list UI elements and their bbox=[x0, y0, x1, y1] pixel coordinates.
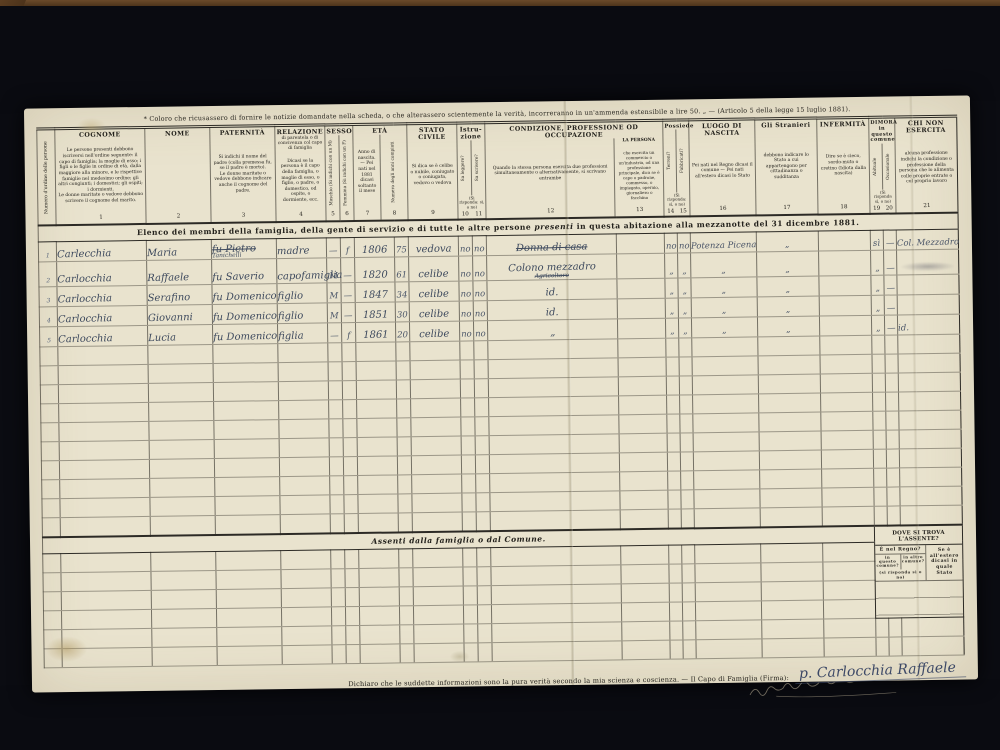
empty-cell bbox=[279, 438, 329, 458]
empty-cell bbox=[413, 548, 463, 568]
empty-cell bbox=[280, 514, 330, 534]
empty-cell bbox=[61, 590, 151, 610]
dove-regno-cell: È nel Regno? in questo comune? in altro … bbox=[875, 545, 927, 581]
empty-cell bbox=[680, 414, 693, 433]
cell-anni-compiuti: 61 bbox=[395, 257, 409, 282]
empty-cell bbox=[760, 488, 822, 508]
empty-cell bbox=[332, 644, 346, 663]
empty-cell bbox=[873, 430, 886, 449]
cell-terreni: „ bbox=[665, 318, 678, 338]
empty-cell bbox=[820, 335, 872, 355]
cell-stato-civile: celibe bbox=[409, 256, 459, 281]
empty-cell bbox=[60, 497, 150, 517]
empty-cell bbox=[887, 487, 900, 506]
cell-la-persona bbox=[617, 253, 665, 278]
cell-infermita bbox=[819, 295, 871, 316]
empty-cell bbox=[60, 478, 150, 498]
empty-cell bbox=[669, 564, 682, 583]
cell-dimora-occasionale: — bbox=[884, 275, 897, 295]
empty-cell bbox=[885, 354, 898, 373]
empty-cell bbox=[149, 401, 214, 421]
empty-cell bbox=[680, 433, 693, 452]
cell-sa-scrivere: no bbox=[473, 300, 487, 320]
empty-cell bbox=[342, 380, 356, 399]
empty-cell bbox=[692, 337, 758, 357]
empty-cell bbox=[670, 640, 683, 659]
empty-cell bbox=[279, 400, 329, 420]
empty-cell bbox=[396, 342, 410, 361]
empty-cell bbox=[149, 439, 214, 459]
empty-cell bbox=[280, 476, 330, 496]
census-sheet-1881: * Coloro che ricusassero di fornire le n… bbox=[24, 95, 978, 692]
census-table: Numero d'ordine delle persone COGNOME Le… bbox=[36, 115, 965, 669]
empty-cell bbox=[621, 564, 669, 584]
empty-cell bbox=[345, 568, 359, 587]
empty-cell bbox=[346, 644, 360, 663]
empty-cell bbox=[278, 381, 328, 401]
empty-cell bbox=[280, 495, 330, 515]
erased-scribble bbox=[901, 261, 954, 271]
empty-cell bbox=[413, 586, 463, 606]
empty-cell bbox=[683, 621, 696, 640]
col-header-sesso: SESSO Maschio (Si indichi con un M)5 Fem… bbox=[325, 125, 354, 222]
empty-cell bbox=[899, 429, 961, 449]
empty-cell bbox=[619, 433, 667, 453]
empty-cell bbox=[621, 583, 669, 603]
empty-cell bbox=[411, 436, 461, 456]
empty-cell bbox=[488, 377, 618, 398]
cell-stato-civile: celibe bbox=[409, 321, 459, 342]
cell-anno-nascita: 1861 bbox=[356, 322, 396, 343]
empty-cell bbox=[874, 506, 887, 526]
empty-cell bbox=[346, 625, 360, 644]
cell-chi-non-esercita: Col. Mezzadro bbox=[896, 229, 958, 250]
cell-luogo-nascita: Potenza Picena bbox=[690, 232, 756, 253]
empty-cell bbox=[358, 475, 398, 495]
empty-cell bbox=[620, 471, 668, 491]
cell-sesso-m: M bbox=[327, 303, 341, 323]
empty-cell bbox=[824, 618, 876, 638]
empty-cell bbox=[820, 354, 872, 374]
empty-cell bbox=[359, 587, 399, 607]
empty-cell bbox=[44, 629, 62, 648]
empty-cell bbox=[215, 476, 280, 496]
empty-cell bbox=[900, 505, 962, 525]
cell-nome: Lucia bbox=[148, 324, 213, 345]
empty-cell bbox=[620, 490, 668, 510]
empty-cell bbox=[681, 490, 694, 509]
cell-fabbricati: „ bbox=[678, 253, 691, 278]
empty-cell bbox=[329, 419, 343, 438]
empty-cell bbox=[215, 495, 280, 515]
empty-cell bbox=[399, 549, 413, 568]
empty-cell bbox=[759, 450, 821, 470]
empty-cell bbox=[62, 628, 152, 648]
empty-cell bbox=[761, 581, 823, 601]
empty-cell bbox=[151, 608, 216, 628]
cell-terreni: „ bbox=[665, 278, 678, 298]
empty-cell bbox=[696, 620, 762, 640]
empty-cell bbox=[150, 477, 215, 497]
empty-cell bbox=[620, 509, 668, 529]
empty-cell bbox=[344, 494, 358, 513]
cell-chi-non-esercita bbox=[897, 274, 959, 295]
cell-nome: Raffaele bbox=[147, 260, 212, 286]
empty-cell bbox=[357, 399, 397, 419]
empty-cell bbox=[358, 513, 398, 533]
empty-cell bbox=[460, 341, 474, 360]
col-header-eta: ETÀ Anno di nascita. — Pei nati nel 1881… bbox=[353, 124, 408, 221]
cell-condizione: Donna di casa bbox=[486, 234, 616, 256]
empty-cell bbox=[398, 494, 412, 513]
cell-relazione: figlia bbox=[277, 323, 327, 344]
empty-cell bbox=[488, 358, 618, 379]
cell-chi-non-esercita: id. bbox=[897, 314, 959, 335]
cell-dimora-abituale: „ bbox=[871, 315, 884, 335]
empty-cell bbox=[215, 514, 280, 534]
cell-fabbricati: „ bbox=[678, 298, 691, 318]
empty-cell bbox=[278, 343, 328, 363]
cell-relazione: figlio bbox=[277, 303, 327, 324]
cell-anno-nascita: 1820 bbox=[355, 257, 395, 282]
cell-numero: 5 bbox=[40, 326, 58, 346]
empty-cell bbox=[823, 561, 875, 581]
empty-cell bbox=[279, 419, 329, 439]
empty-cell bbox=[477, 547, 491, 566]
cell-luogo-nascita: „ bbox=[691, 252, 757, 278]
empty-cell bbox=[823, 580, 875, 600]
empty-cell bbox=[282, 645, 332, 665]
empty-cell bbox=[344, 475, 358, 494]
empty-cell bbox=[343, 399, 357, 418]
empty-cell bbox=[42, 517, 60, 537]
col-header-condizione-professione: CONDIZIONE, PROFESSIONE OD OCCUPAZIONE Q… bbox=[485, 120, 664, 219]
empty-cell bbox=[413, 605, 463, 625]
empty-cell bbox=[886, 411, 899, 430]
empty-cell bbox=[758, 336, 820, 356]
cell-sesso-f: f bbox=[340, 238, 354, 258]
cell-stranieri: „ bbox=[757, 316, 819, 337]
empty-cell bbox=[622, 621, 670, 641]
empty-cell bbox=[666, 357, 679, 376]
empty-cell bbox=[477, 585, 491, 604]
empty-cell bbox=[682, 602, 695, 621]
empty-cell bbox=[151, 551, 216, 571]
empty-cell bbox=[41, 441, 59, 460]
empty-cell bbox=[822, 468, 874, 488]
empty-cell bbox=[695, 601, 761, 621]
empty-cell bbox=[411, 398, 461, 418]
empty-cell bbox=[331, 568, 345, 587]
empty-cell bbox=[411, 455, 461, 475]
cell-infermita bbox=[819, 250, 871, 276]
empty-cell bbox=[460, 360, 474, 379]
empty-cell bbox=[356, 342, 396, 362]
cell-nome: Serafino bbox=[147, 284, 212, 305]
empty-cell bbox=[397, 437, 411, 456]
empty-cell bbox=[43, 591, 61, 610]
empty-cell bbox=[695, 582, 761, 602]
empty-cell bbox=[622, 640, 670, 660]
empty-cell bbox=[359, 606, 399, 626]
empty-cell bbox=[151, 589, 216, 609]
empty-cell bbox=[400, 625, 414, 644]
empty-cell bbox=[475, 435, 489, 454]
cell-stranieri: „ bbox=[756, 231, 818, 252]
empty-cell bbox=[331, 606, 345, 625]
empty-cell bbox=[411, 417, 461, 437]
empty-cell bbox=[279, 457, 329, 477]
empty-cell bbox=[463, 605, 477, 624]
col-header-possiede: Possiede Terreni? Fabbricati? (Si rispon… bbox=[663, 120, 690, 217]
empty-cell bbox=[216, 607, 281, 627]
cell-anni-compiuti: 34 bbox=[395, 282, 409, 302]
cell-anni-compiuti: 30 bbox=[395, 302, 409, 322]
empty-cell bbox=[412, 493, 462, 513]
empty-cell bbox=[821, 430, 873, 450]
empty-cell bbox=[823, 599, 875, 619]
cell-sa-leggere: no bbox=[459, 301, 473, 321]
empty-cell bbox=[680, 395, 693, 414]
cell-chi-non-esercita bbox=[897, 294, 959, 315]
empty-cell bbox=[489, 396, 619, 417]
empty-cell bbox=[343, 456, 357, 475]
empty-cell bbox=[887, 506, 900, 526]
empty-cell bbox=[669, 583, 682, 602]
empty-cell bbox=[60, 516, 150, 537]
cell-condizione: id. bbox=[487, 279, 617, 301]
empty-cell bbox=[42, 479, 60, 498]
empty-cell bbox=[898, 372, 960, 392]
cell-fabbricati: no bbox=[677, 233, 690, 253]
empty-cell bbox=[330, 513, 344, 533]
head-of-family-signature: p. Carlocchia Raffaele bbox=[795, 659, 967, 684]
col-header-luogo-di-nascita: LUOGO DI NASCITA Pei nati nel Regno dica… bbox=[689, 119, 756, 216]
cell-luogo-nascita: „ bbox=[691, 317, 757, 338]
empty-cell bbox=[682, 545, 695, 564]
empty-cell bbox=[149, 420, 214, 440]
empty-cell bbox=[492, 622, 622, 643]
declaration-text: Dichiaro che le suddette informazioni so… bbox=[348, 674, 789, 688]
empty-cell bbox=[821, 411, 873, 431]
col-header-chi-non-esercita: CHI NON ESERCITA alcuna professione indi… bbox=[895, 116, 958, 213]
empty-cell bbox=[43, 553, 61, 572]
empty-cell bbox=[696, 639, 762, 659]
cell-sesso-f: — bbox=[341, 258, 355, 283]
empty-cell bbox=[397, 456, 411, 475]
empty-cell bbox=[490, 491, 620, 512]
empty-cell bbox=[330, 476, 344, 495]
empty-cell bbox=[667, 414, 680, 433]
empty-cell bbox=[281, 588, 331, 608]
cell-stranieri: „ bbox=[757, 296, 819, 317]
cell-sa-scrivere: no bbox=[473, 280, 487, 300]
empty-cell bbox=[214, 419, 279, 439]
empty-cell bbox=[356, 361, 396, 381]
cell-anno-nascita: 1806 bbox=[354, 237, 394, 258]
empty-cell bbox=[148, 363, 213, 383]
cell-numero: 3 bbox=[39, 286, 57, 306]
empty-cell bbox=[152, 646, 217, 666]
cell-dimora-abituale: „ bbox=[871, 295, 884, 315]
empty-cell bbox=[490, 472, 620, 493]
empty-cell bbox=[151, 570, 216, 590]
empty-cell bbox=[463, 548, 477, 567]
empty-cell bbox=[357, 456, 397, 476]
empty-cell bbox=[216, 588, 281, 608]
cell-dimora-abituale: „ bbox=[871, 275, 884, 295]
empty-cell bbox=[476, 473, 490, 492]
empty-cell bbox=[356, 380, 396, 400]
cell-infermita bbox=[819, 315, 871, 336]
empty-cell bbox=[58, 364, 148, 384]
col-header-cognome: COGNOME Le persone presenti debbono iscr… bbox=[55, 127, 146, 225]
empty-cell bbox=[899, 391, 961, 411]
empty-cell bbox=[59, 459, 149, 479]
empty-cell bbox=[41, 403, 59, 422]
empty-cell bbox=[44, 648, 62, 667]
cell-la-persona bbox=[616, 233, 664, 254]
empty-cell bbox=[475, 397, 489, 416]
empty-cell bbox=[464, 624, 478, 643]
empty-cell bbox=[281, 550, 331, 570]
empty-cell bbox=[397, 418, 411, 437]
empty-cell bbox=[477, 604, 491, 623]
cell-sa-leggere: no bbox=[459, 321, 473, 341]
empty-cell bbox=[902, 636, 964, 656]
empty-cell bbox=[476, 492, 490, 511]
empty-cell bbox=[889, 637, 902, 656]
cell-luogo-nascita: „ bbox=[691, 277, 757, 298]
empty-cell bbox=[463, 586, 477, 605]
empty-cell bbox=[148, 382, 213, 402]
empty-cell bbox=[400, 644, 414, 663]
empty-cell bbox=[328, 343, 342, 362]
cell-relazione: madre bbox=[276, 238, 326, 259]
cell-dimora-occasionale: — bbox=[884, 295, 897, 315]
cell-stato-civile: vedova bbox=[408, 236, 458, 257]
empty-cell bbox=[462, 474, 476, 493]
empty-cell bbox=[213, 343, 278, 363]
empty-cell bbox=[669, 545, 682, 564]
cell-cognome: Carlocchia bbox=[57, 260, 147, 286]
empty-cell bbox=[680, 452, 693, 471]
empty-cell bbox=[670, 621, 683, 640]
empty-cell bbox=[823, 542, 875, 562]
cell-nome: Giovanni bbox=[147, 304, 212, 325]
cell-dimora-occasionale: — bbox=[883, 230, 896, 250]
cell-cognome: Carlocchia bbox=[57, 285, 147, 306]
empty-cell bbox=[359, 568, 399, 588]
cell-numero: 4 bbox=[39, 306, 57, 326]
cell-stranieri: „ bbox=[757, 251, 819, 277]
empty-cell bbox=[412, 474, 462, 494]
cell-terreni: „ bbox=[665, 253, 678, 278]
empty-cell bbox=[667, 433, 680, 452]
empty-cell bbox=[41, 422, 59, 441]
empty-cell bbox=[217, 626, 282, 646]
empty-cell bbox=[282, 626, 332, 646]
empty-cell bbox=[491, 565, 621, 586]
cell-sesso-f: — bbox=[341, 302, 355, 322]
cell-infermita bbox=[819, 275, 871, 296]
col-header-numero-ordine: Numero d'ordine delle persone bbox=[37, 129, 56, 226]
empty-cell bbox=[61, 571, 151, 591]
empty-cell bbox=[872, 373, 885, 392]
empty-cell bbox=[150, 515, 215, 535]
empty-cell bbox=[762, 619, 824, 639]
cell-condizione: id. bbox=[487, 299, 617, 321]
empty-cell bbox=[329, 438, 343, 457]
empty-cell bbox=[692, 356, 758, 376]
cell-cognome: Carlocchia bbox=[58, 325, 148, 346]
empty-cell bbox=[619, 452, 667, 472]
empty-cell bbox=[58, 345, 148, 365]
cell-numero: 2 bbox=[39, 262, 57, 287]
empty-cell bbox=[328, 381, 342, 400]
cell-sesso-m: M bbox=[327, 283, 341, 303]
cell-sa-scrivere: no bbox=[472, 236, 486, 256]
empty-cell bbox=[821, 392, 873, 412]
empty-cell bbox=[694, 489, 760, 509]
empty-cell bbox=[889, 618, 902, 637]
empty-cell bbox=[873, 392, 886, 411]
empty-cell bbox=[214, 438, 279, 458]
empty-cell bbox=[759, 412, 821, 432]
empty-cell bbox=[822, 487, 874, 507]
col-header-paternita: PATERNITÀ Si indichi il nome del padre (… bbox=[210, 126, 276, 223]
empty-cell bbox=[693, 432, 759, 452]
empty-cell bbox=[344, 513, 358, 533]
cell-infermita bbox=[818, 230, 870, 251]
empty-cell bbox=[213, 381, 278, 401]
empty-cell bbox=[342, 342, 356, 361]
empty-cell bbox=[397, 399, 411, 418]
empty-cell bbox=[822, 506, 874, 526]
empty-cell bbox=[621, 545, 669, 565]
cell-anno-nascita: 1851 bbox=[355, 302, 395, 323]
col-header-stato-civile: STATO CIVILE Si dica se è celibe o nubil… bbox=[407, 123, 458, 220]
empty-cell bbox=[669, 602, 682, 621]
cell-paternita: fu Domenico bbox=[212, 303, 277, 324]
empty-cell bbox=[43, 572, 61, 591]
empty-cell bbox=[898, 334, 960, 354]
empty-cell bbox=[412, 512, 462, 532]
empty-cell bbox=[874, 468, 887, 487]
empty-cell bbox=[329, 400, 343, 419]
cell-la-persona bbox=[617, 278, 665, 299]
dove-questo-comune: in questo comune? bbox=[875, 554, 900, 569]
empty-cell bbox=[462, 512, 476, 532]
empty-cell bbox=[477, 566, 491, 585]
empty-cell bbox=[679, 357, 692, 376]
empty-cell bbox=[345, 606, 359, 625]
empty-cell bbox=[461, 417, 475, 436]
empty-cell bbox=[399, 568, 413, 587]
cell-la-persona bbox=[617, 298, 665, 319]
empty-cell bbox=[332, 625, 346, 644]
empty-cell bbox=[217, 645, 282, 665]
empty-cell bbox=[667, 452, 680, 471]
empty-cell bbox=[478, 642, 492, 661]
empty-cell bbox=[668, 471, 681, 490]
empty-cell bbox=[873, 411, 886, 430]
dove-ruled-lines bbox=[876, 580, 963, 615]
empty-cell bbox=[461, 455, 475, 474]
empty-cell bbox=[149, 458, 214, 478]
empty-cell bbox=[898, 353, 960, 373]
empty-cell bbox=[414, 643, 464, 663]
